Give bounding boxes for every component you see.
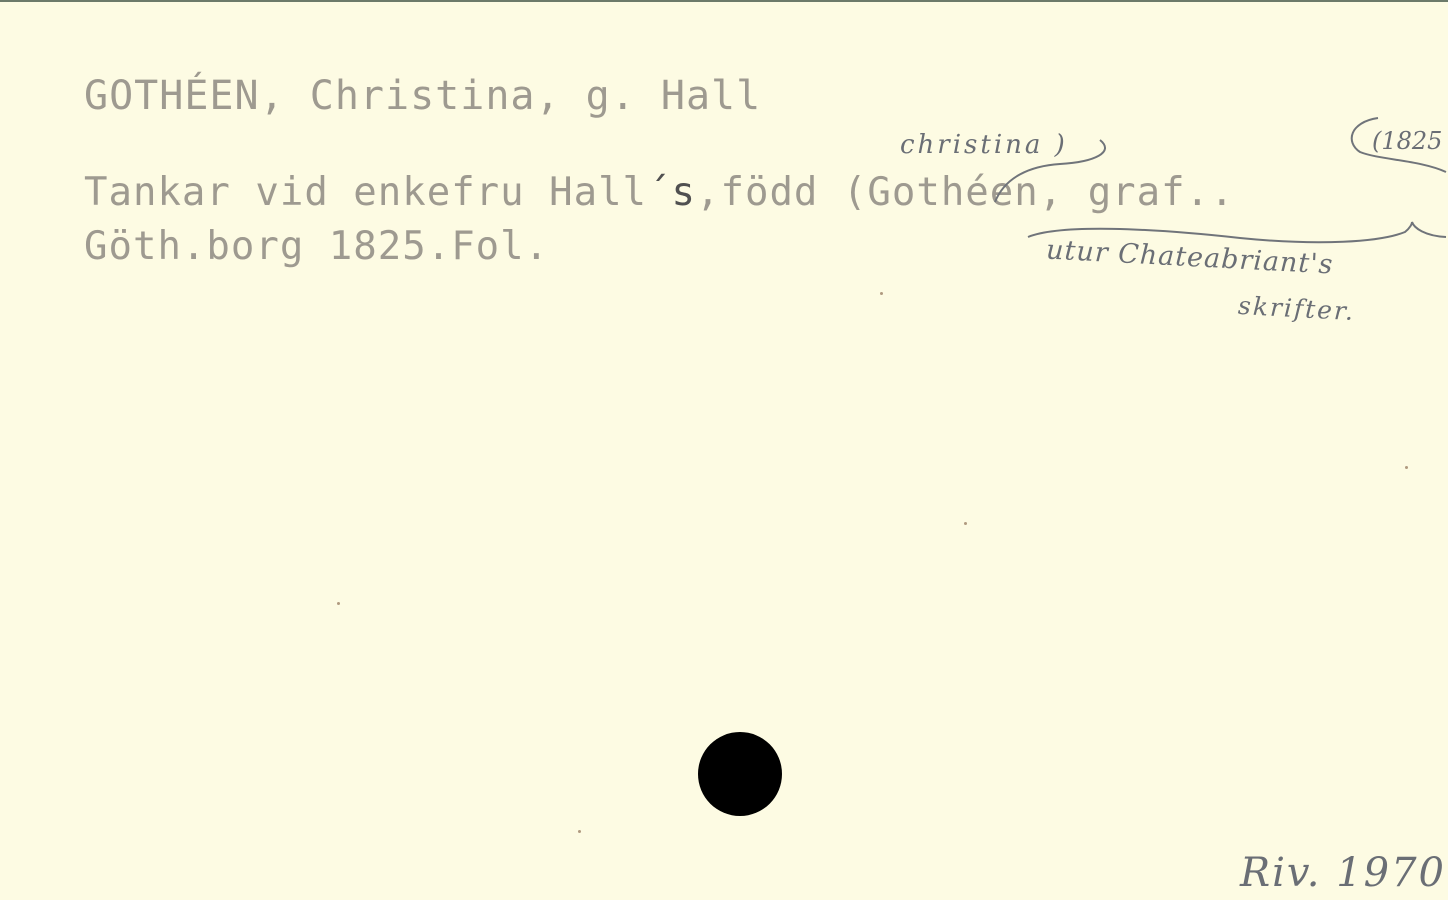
paper-speck [337,602,340,605]
paper-speck [880,292,883,295]
title-line-1: Tankar vid enkefru Hall´s,född (Gothéen,… [84,170,1235,216]
card-heading: GOTHÉEN, Christina, g. Hall [84,72,761,120]
handwritten-note-line-2: skrifter. [1237,291,1356,326]
handwritten-christina-insert: christina ) [900,130,1068,160]
imprint-line: Göth.borg 1825.Fol. [84,224,549,270]
catalog-card: GOTHÉEN, Christina, g. Hall Tankar vid e… [0,0,1448,900]
possessive-suffix: ´s [647,170,696,215]
title-text-part-3: (Gothéen, graf.. [843,170,1235,215]
handwritten-note-line-1: utur Chateabriant's [1045,234,1334,280]
paper-speck [1405,466,1408,469]
title-text-part-1: Tankar vid enkefru Hall [84,170,647,215]
punch-hole [698,732,782,816]
handwritten-year-insert: (1825 [1372,127,1442,155]
paper-speck [964,522,967,525]
title-text-part-2: ,född [696,170,843,215]
paper-speck [578,830,581,833]
handwritten-revision-note: Riv. 1970 [1240,850,1446,896]
